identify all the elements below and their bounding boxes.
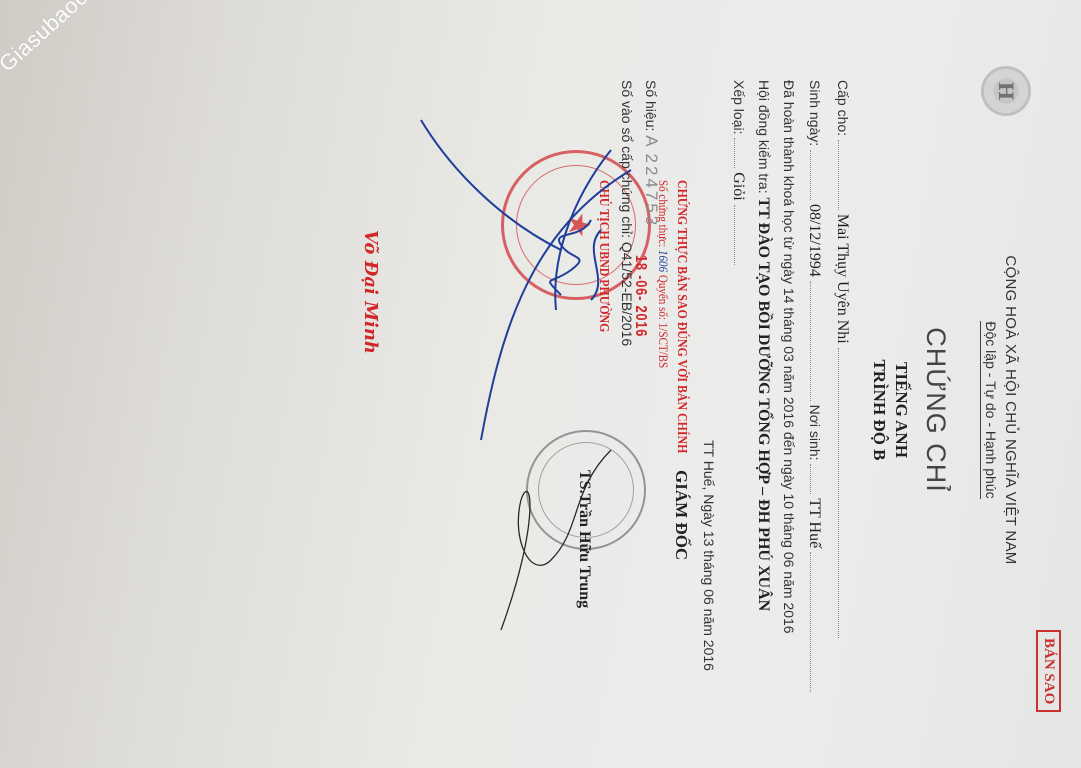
board-row: Hội đồng kiểm tra: TT ĐÀO TẠO BỒI DƯỠNG …	[754, 80, 772, 611]
motto: Độc lập - Tự do - Hạnh phúc	[983, 150, 999, 670]
grade-value: Giỏi	[730, 172, 747, 200]
certificate-level: TRÌNH ĐỘ B	[869, 150, 889, 670]
serial-number-row: Số hiệu: A 224753	[641, 80, 661, 228]
certificate-subject: TIẾNG ANH	[891, 150, 911, 670]
director-title: GIÁM ĐỐC	[671, 470, 691, 560]
dob-value: 08/12/1994	[806, 204, 823, 277]
grade-row: Xếp loại: Giỏi	[729, 80, 747, 265]
copy-stamp: BẢN SAO	[1036, 630, 1061, 712]
signer-name: TS.Trần Hữu Trung	[575, 470, 593, 608]
chairman-title: CHỦ TỊCH UBND PHƯỜNG	[595, 180, 611, 332]
course-row: Đã hoàn thành khoá học từ ngày 14 tháng …	[781, 80, 797, 634]
certificate-document: H BẢN SAO CỘNG HOÀ XÃ HỘI CHỦ NGHĨA VIỆT…	[0, 0, 1081, 768]
certificate-title: CHỨNG CHỈ	[920, 150, 951, 670]
dob-row: Sinh ngày: 08/12/1994 Nơi sinh: TT Huế	[805, 80, 823, 692]
issued-to-value: Mai Thụy Uyên Nhi	[834, 214, 851, 344]
birthplace-value: TT Huế	[806, 498, 823, 548]
nation-header: CỘNG HOÀ XÃ HỘI CHỦ NGHĨA VIỆT NAM	[1002, 150, 1019, 670]
emblem-icon: H	[981, 66, 1031, 116]
certified-copy-line: CHỨNG THỰC BẢN SAO ĐÚNG VỚI BẢN CHÍNH	[673, 180, 689, 453]
board-value: TT ĐÀO TẠO BỒI DƯỠNG TỔNG HỢP – ĐH PHÚ X…	[755, 198, 772, 612]
register-number-row: Số vào sổ cấp chứng chỉ: Q41/52-EB/2016	[619, 80, 635, 346]
chairman-name: Võ Đại Minh	[360, 230, 381, 354]
serial-number: 224753	[642, 154, 661, 229]
issue-place-date: TT Huế, Ngày 13 tháng 06 năm 2016	[701, 440, 717, 671]
issued-to-row: Cấp cho: Mai Thụy Uyên Nhi	[833, 80, 851, 638]
